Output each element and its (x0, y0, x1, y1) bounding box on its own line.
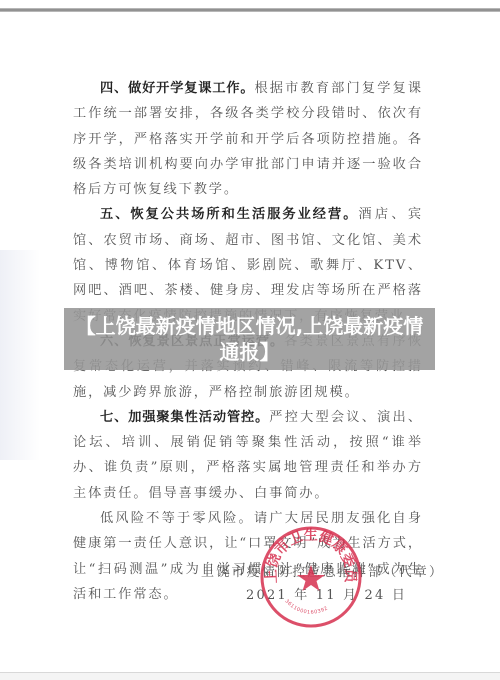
svg-text:3611000160392: 3611000160392 (283, 598, 329, 615)
banner-title: 【上饶最新疫情地区情况,上饶最新疫情通报】 (64, 313, 435, 365)
paragraph-text: 酒店、宾馆、农贸市场、商场、超市、图书馆、文化馆、美术馆、博物馆、体育场馆、影剧… (73, 207, 423, 323)
paragraph-heading: 七、加强聚集性活动管控。 (100, 410, 269, 425)
top-border (0, 8, 500, 12)
title-banner: 【上饶最新疫情地区情况,上饶最新疫情通报】 (64, 308, 435, 370)
page-edge-shadow (0, 250, 40, 460)
paragraph-text: 根据市教育部门复学复课工作统一部署安排，各级各类学校分段错时、依次有序开学，严格… (73, 81, 423, 197)
paragraph-heading: 五、恢复公共场所和生活服务业经营。 (100, 207, 358, 222)
seal-number: 3611000160392 (283, 598, 329, 615)
bottom-strip (0, 673, 500, 680)
paragraph-heading: 四、做好开学复课工作。 (100, 81, 254, 96)
paragraph-4: 四、做好开学复课工作。根据市教育部门复学复课工作统一部署安排，各级各类学校分段错… (73, 76, 423, 202)
official-seal-icon: 上饶市卫生健康委员会 3611000160392 (259, 525, 363, 629)
paragraph-7: 七、加强聚集性活动管控。严控大型会议、演出、论坛、培训、展销促销等聚集性活动，按… (73, 405, 423, 506)
